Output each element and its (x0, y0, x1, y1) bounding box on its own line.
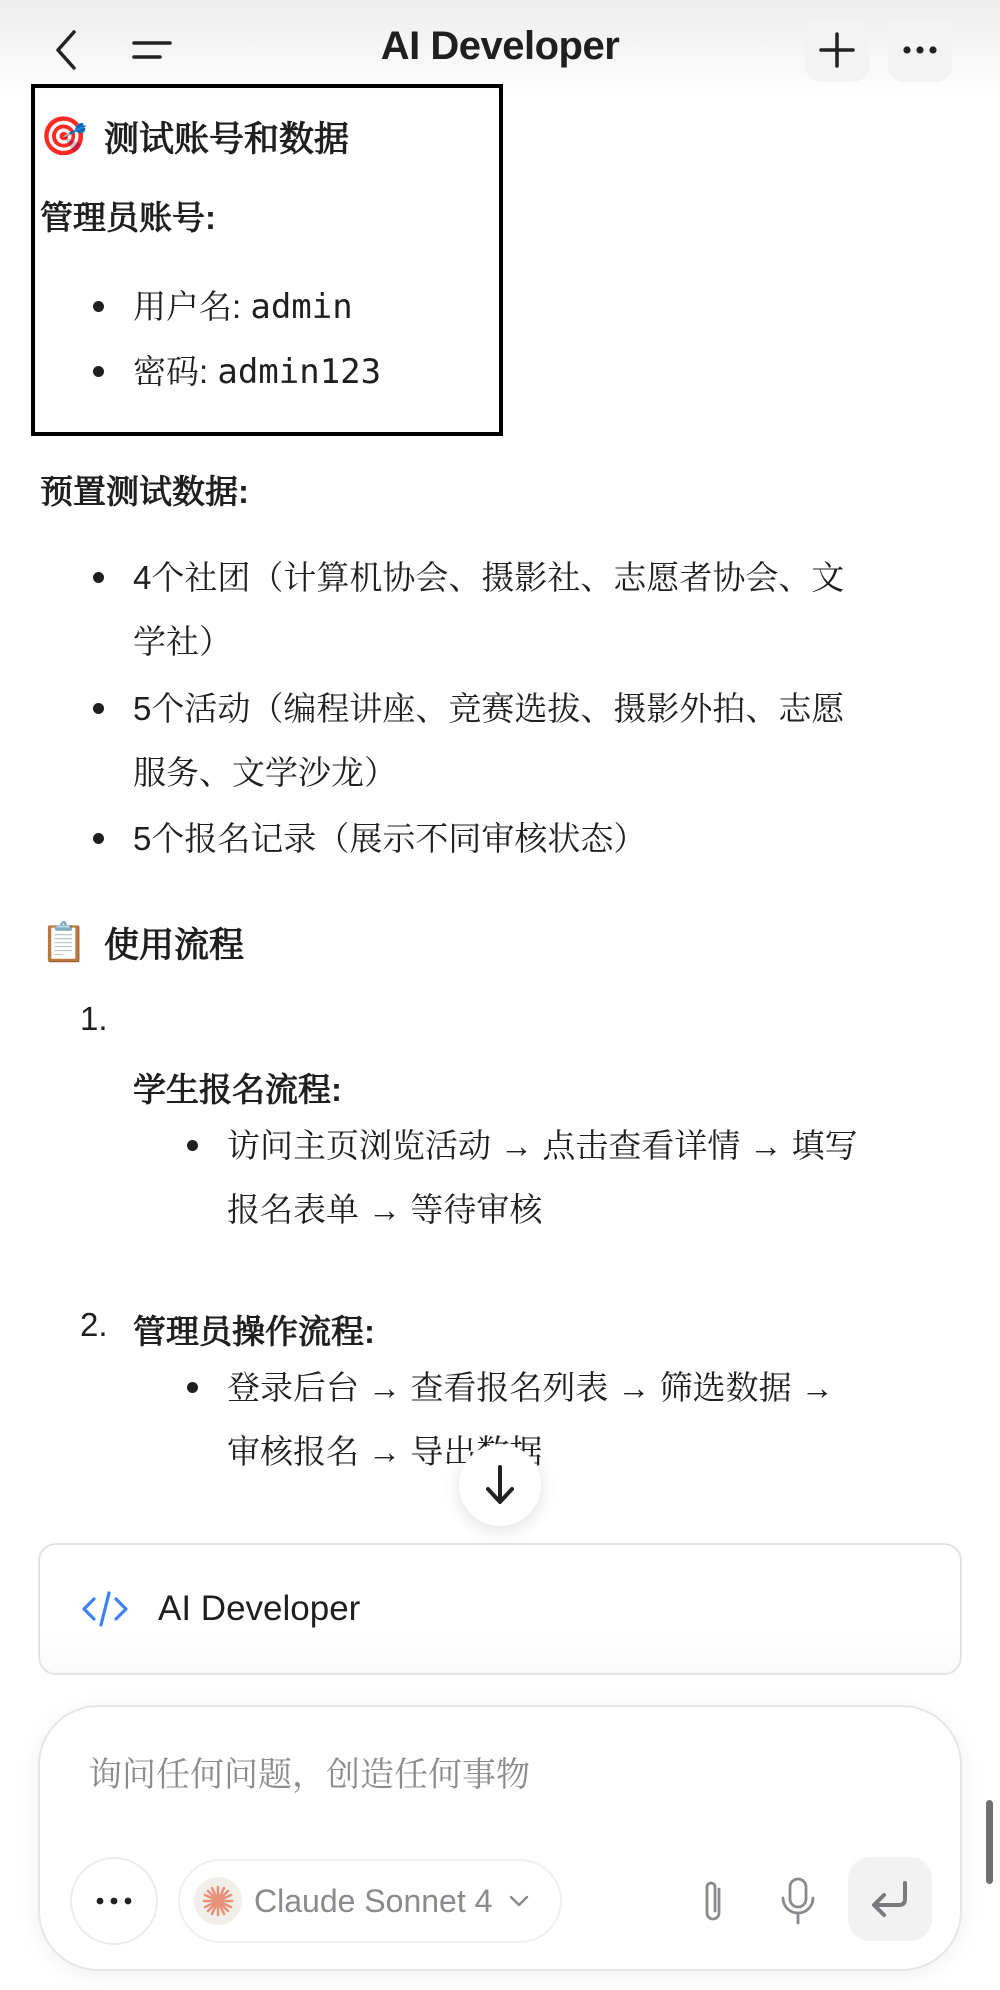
bullet-dot (93, 572, 104, 583)
item-text: 报名表单 → 等待审核 (227, 1178, 858, 1242)
step-heading: 学生报名流程: (133, 1064, 342, 1111)
scroll-to-bottom-button[interactable] (459, 1444, 541, 1526)
message-input[interactable]: 询问任何问题，创造任何事物 (88, 1747, 530, 1796)
bullet-dot (187, 1382, 198, 1393)
item-text: 服务、文学沙龙） (133, 741, 844, 805)
item-label: 用户名: (133, 288, 250, 325)
claude-logo-icon (194, 1877, 242, 1925)
item-text: 5个活动（编程讲座、竞赛选拔、摄影外拍、志愿 (133, 677, 844, 741)
send-button[interactable] (848, 1857, 932, 1941)
artifact-card[interactable]: AI Developer (38, 1543, 962, 1675)
more-options-button[interactable] (888, 18, 952, 82)
password-value: admin123 (217, 352, 381, 392)
bullet-dot (93, 301, 104, 312)
preset-data-heading: 预置测试数据: (40, 466, 249, 513)
artifact-title: AI Developer (158, 1589, 360, 1629)
admin-account-heading: 管理员账号: (40, 192, 216, 239)
section-title: 使用流程 (104, 918, 244, 968)
section-heading-test-accounts: 🎯 测试账号和数据 (40, 112, 349, 162)
model-name: Claude Sonnet 4 (254, 1883, 492, 1920)
bullet-dot (93, 366, 104, 377)
list-item: 5个报名记录（展示不同审核状态） (133, 807, 646, 871)
composer-more-button[interactable] (70, 1857, 158, 1945)
item-text: 4个社团（计算机协会、摄影社、志愿者协会、文 (133, 546, 844, 610)
arrow-down-icon (482, 1463, 518, 1507)
target-icon: 🎯 (40, 113, 88, 161)
section-title: 测试账号和数据 (104, 112, 349, 162)
username-value: admin (250, 287, 352, 327)
message-composer: 询问任何问题，创造任何事物 Claude Sonnet 4 (38, 1705, 962, 1971)
bullet-dot (187, 1140, 198, 1151)
list-item: 访问主页浏览活动 → 点击查看详情 → 填写 报名表单 → 等待审核 (227, 1114, 858, 1242)
list-item: 密码: admin123 (133, 340, 381, 404)
item-text: 学社） (133, 610, 844, 674)
bullet-dot (93, 703, 104, 714)
bullet-dot (93, 833, 104, 844)
ellipsis-icon (94, 1896, 134, 1906)
scrollbar[interactable] (986, 1800, 993, 1884)
voice-input-button[interactable] (770, 1873, 826, 1929)
list-item: 用户名: admin (133, 275, 353, 339)
plus-icon (817, 30, 857, 70)
list-item: 4个社团（计算机协会、摄影社、志愿者协会、文 学社） (133, 546, 844, 674)
code-icon (80, 1589, 130, 1629)
chevron-down-icon (508, 1894, 530, 1908)
enter-arrow-icon (867, 1879, 913, 1919)
step-number: 2. (80, 1306, 108, 1344)
item-text: 5个报名记录（展示不同审核状态） (133, 807, 646, 871)
item-text: 访问主页浏览活动 → 点击查看详情 → 填写 (227, 1114, 858, 1178)
step-number: 1. (80, 1000, 108, 1038)
new-chat-button[interactable] (805, 18, 869, 82)
top-nav-bar: AI Developer (0, 0, 1000, 100)
section-heading-usage-flow: 📋 使用流程 (40, 918, 244, 968)
item-text: 登录后台 → 查看报名列表 → 筛选数据 → (227, 1356, 834, 1420)
attach-button[interactable] (688, 1873, 738, 1929)
ellipsis-icon (902, 45, 938, 55)
step-heading: 管理员操作流程: (133, 1306, 375, 1353)
clipboard-icon: 📋 (40, 919, 88, 967)
microphone-icon (778, 1876, 818, 1926)
paperclip-icon (698, 1877, 728, 1925)
item-label: 密码: (133, 353, 217, 390)
model-selector[interactable]: Claude Sonnet 4 (178, 1859, 562, 1943)
list-item: 5个活动（编程讲座、竞赛选拔、摄影外拍、志愿 服务、文学沙龙） (133, 677, 844, 805)
